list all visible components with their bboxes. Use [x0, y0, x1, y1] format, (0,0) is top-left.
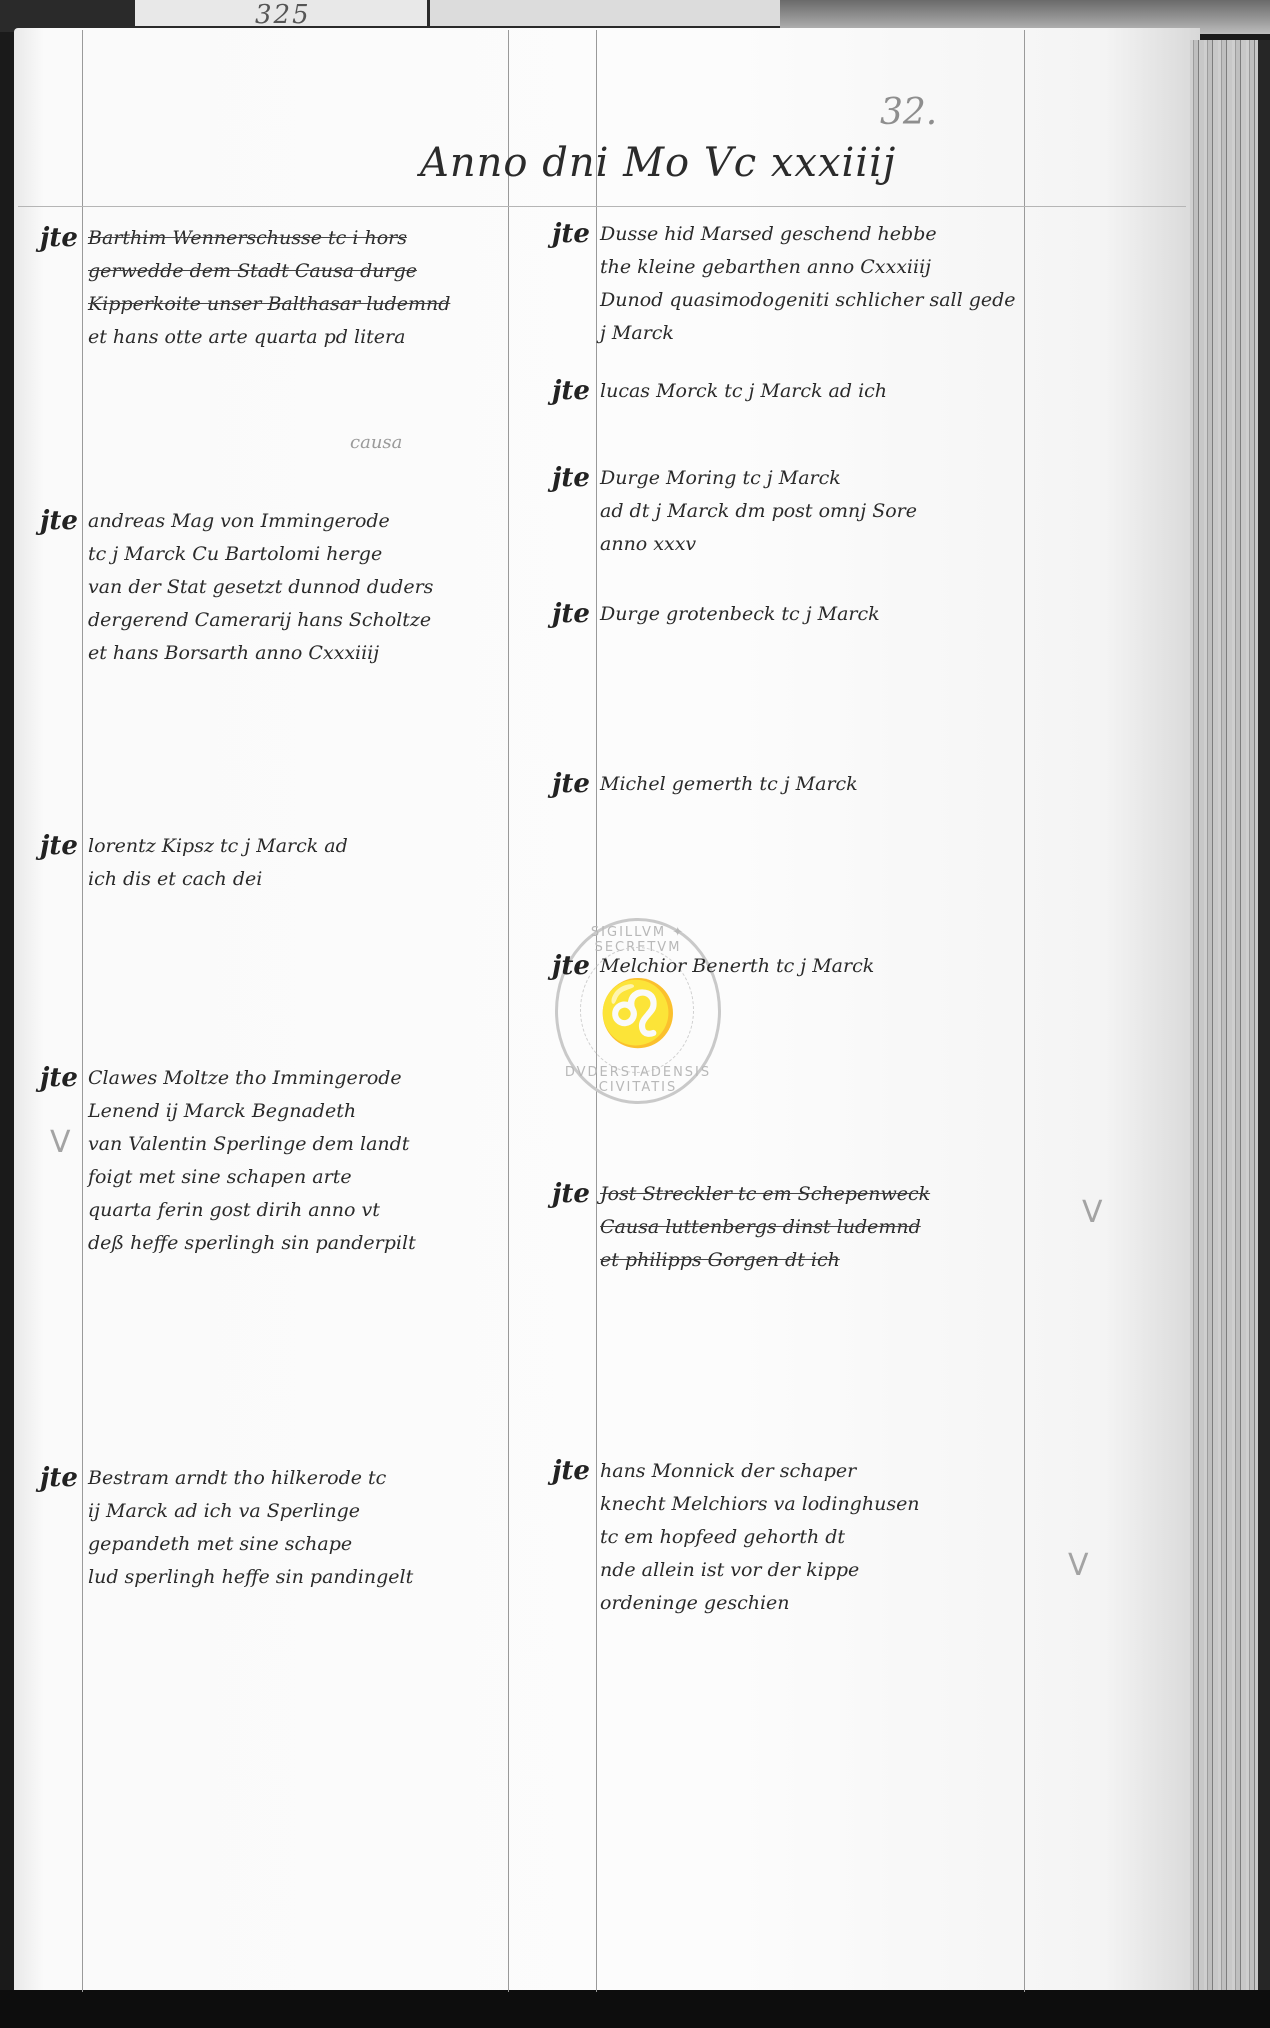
ledger-entry-right-8: jte hans Monnick der schaper knecht Melc…	[600, 1455, 1030, 1620]
ledger-entry-right-5: jte Michel gemerth tc j Marck	[600, 768, 1020, 801]
archive-seal-stamp: SIGILLVM ✦ SECRETVM ♌ DVDERSTADENSIS CIV…	[555, 918, 721, 1104]
folio-number: 32.	[880, 92, 937, 133]
ledger-entry-right-2: jte lucas Morck tc j Marck ad ich	[600, 375, 1020, 408]
item-marker: jte	[40, 1062, 78, 1095]
item-marker: jte	[40, 505, 78, 538]
item-marker: jte	[552, 1455, 590, 1488]
item-marker: jte	[40, 1462, 78, 1495]
seal-legend-bottom: DVDERSTADENSIS CIVITATIS	[558, 1065, 718, 1095]
item-marker: jte	[552, 598, 590, 631]
item-marker: jte	[552, 1178, 590, 1211]
item-marker: jte	[552, 375, 590, 408]
item-marker: jte	[40, 222, 78, 255]
margin-check-icon: V	[1068, 1548, 1089, 1583]
item-marker: jte	[552, 950, 590, 983]
margin-note-causa: causa	[350, 432, 402, 453]
scan-bottom-border	[0, 1990, 1270, 2028]
ledger-entry-left-2: jte andreas Mag von Immingerode tc j Mar…	[88, 505, 508, 670]
ledger-entry-left-4: jte Clawes Moltze tho Immingerode Lenend…	[88, 1062, 508, 1260]
item-marker: jte	[552, 768, 590, 801]
ledger-entry-left-3: jte lorentz Kipsz tc j Marck ad ich dis …	[88, 830, 508, 896]
ruled-column-divider-1	[508, 30, 509, 1992]
ledger-entry-right-1: jte Dusse hid Marsed geschend hebbe the …	[600, 218, 1020, 350]
ledger-entry-right-7: jte Jost Streckler tc em Schepenweck Cau…	[600, 1178, 1030, 1277]
ruled-margin-left	[82, 30, 83, 1992]
ruled-heading-line	[18, 206, 1186, 207]
ledger-entry-right-6: jte Melchior Benerth tc j Marck	[600, 950, 1020, 983]
ledger-entry-left-5: jte Bestram arndt tho hilkerode tc ij Ma…	[88, 1462, 528, 1594]
item-marker: jte	[552, 218, 590, 251]
page-edges-stack	[1190, 40, 1270, 2000]
item-marker: jte	[40, 830, 78, 863]
margin-check-icon: V	[50, 1125, 71, 1160]
ledger-entry-right-3: jte Durge Moring tc j Marck ad dt j Marc…	[600, 462, 1020, 561]
item-marker: jte	[552, 462, 590, 495]
ruled-margin-right	[1024, 30, 1025, 1992]
margin-check-icon: V	[1082, 1195, 1103, 1230]
archive-tab-number: 325	[255, 0, 311, 30]
ledger-entry-left-1: jte Barthim Wennerschusse tc i hors gerw…	[88, 222, 508, 354]
ledger-entry-right-4: jte Durge grotenbeck tc j Marck	[600, 598, 1020, 631]
lion-emblem-icon: ♌	[598, 976, 678, 1051]
page-heading-year: Anno dni Mo Vc xxxiiij	[420, 140, 896, 186]
